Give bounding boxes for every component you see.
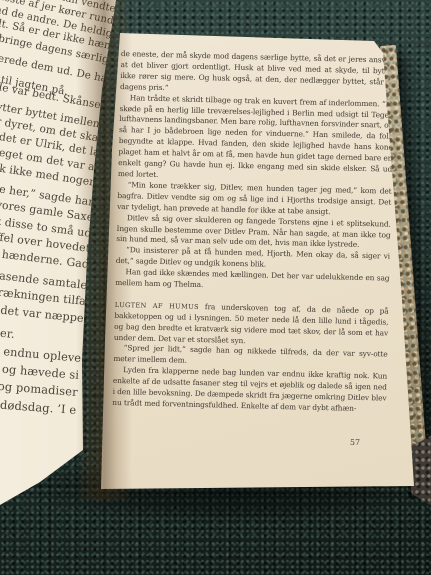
paragraph: Lyden fra klapperne nede bag lunden var … <box>112 365 387 415</box>
right-page-text: de eneste, der må skyde mod dagens særli… <box>112 49 395 415</box>
paragraph: Han trådte et skridt tilbage og trak en … <box>118 93 394 187</box>
paragraph: LUGTEN AF HUMUS fra underskoven tog af, … <box>114 300 389 350</box>
photo-of-open-book: bevægelser, da han vendte“De fleste af j… <box>0 0 431 575</box>
left-page-line: er. <box>0 327 15 341</box>
page-number: 57 <box>344 438 366 448</box>
paragraph: de eneste, der må skyde mod dagens særli… <box>120 49 395 99</box>
left-page-line: holdt har endnu opleve <box>0 339 82 365</box>
section-lead-small-caps: LUGTEN AF HUMUS <box>115 301 199 311</box>
